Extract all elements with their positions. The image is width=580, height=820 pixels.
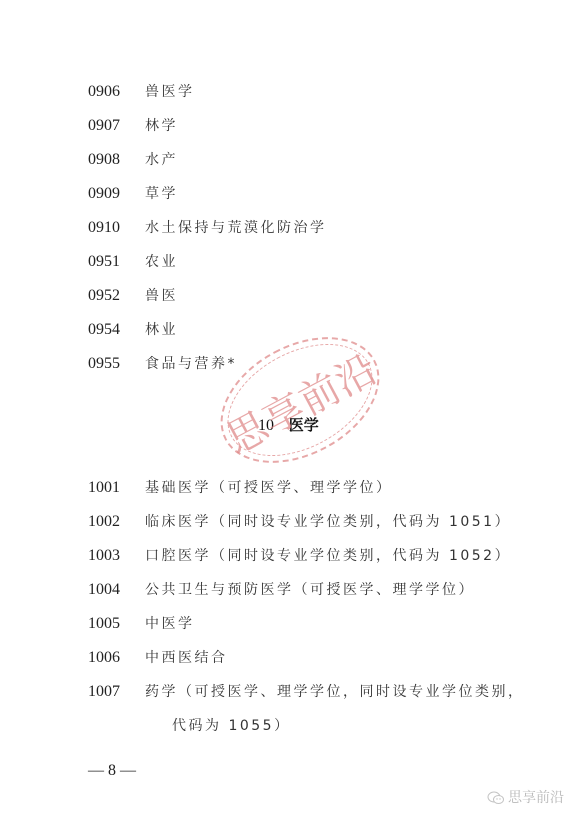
watermark-stamp: 思享前沿 bbox=[199, 312, 401, 489]
discipline-code: 1007 bbox=[88, 681, 120, 703]
discipline-code: 0910 bbox=[88, 217, 120, 239]
discipline-name: 公共卫生与预防医学（可授医学、理学学位） bbox=[145, 579, 475, 601]
discipline-code: 0951 bbox=[88, 251, 120, 273]
discipline-name: 农业 bbox=[145, 251, 178, 273]
discipline-code: 0908 bbox=[88, 149, 120, 171]
discipline-name: 兽医 bbox=[145, 285, 178, 307]
discipline-code: 1006 bbox=[88, 647, 120, 669]
discipline-code: 1003 bbox=[88, 545, 120, 567]
discipline-code: 1004 bbox=[88, 579, 120, 601]
discipline-code: 1005 bbox=[88, 613, 120, 635]
stamp-outer-ring bbox=[199, 312, 401, 489]
stamp-inner-ring bbox=[209, 321, 392, 479]
list-item-continuation: 代码为 1055） bbox=[172, 715, 291, 737]
discipline-name: 水土保持与荒漠化防治学 bbox=[145, 217, 327, 239]
discipline-code: 1001 bbox=[88, 477, 120, 499]
discipline-name: 药学（可授医学、理学学位，同时设专业学位类别， bbox=[145, 681, 525, 703]
section-heading: 10 医学 bbox=[258, 414, 319, 435]
discipline-name: 临床医学（同时设专业学位类别，代码为 1051） bbox=[145, 511, 511, 533]
discipline-name: 兽医学 bbox=[145, 81, 195, 103]
discipline-code: 0952 bbox=[88, 285, 120, 307]
discipline-name: 水产 bbox=[145, 149, 178, 171]
watermark-text: 思享前沿 bbox=[508, 790, 564, 806]
discipline-code: 1002 bbox=[88, 511, 120, 533]
section-title: 医学 bbox=[289, 416, 319, 434]
page-number: — 8 — bbox=[88, 762, 136, 780]
discipline-name: 林业 bbox=[145, 319, 178, 341]
section-number: 10 bbox=[258, 417, 274, 434]
discipline-name: 中医学 bbox=[145, 613, 195, 635]
discipline-name: 中西医结合 bbox=[145, 647, 228, 669]
wechat-watermark: 思享前沿 bbox=[487, 787, 564, 807]
discipline-name: 草学 bbox=[145, 183, 178, 205]
discipline-code: 0909 bbox=[88, 183, 120, 205]
stamp-text: 思享前沿 bbox=[212, 336, 389, 466]
discipline-code: 0955 bbox=[88, 353, 120, 375]
discipline-name: 基础医学（可授医学、理学学位） bbox=[145, 477, 393, 499]
discipline-code: 0906 bbox=[88, 81, 120, 103]
discipline-code: 0954 bbox=[88, 319, 120, 341]
wechat-icon bbox=[487, 791, 505, 805]
discipline-code: 0907 bbox=[88, 115, 120, 137]
discipline-name: 食品与营养* bbox=[145, 353, 237, 375]
discipline-name: 口腔医学（同时设专业学位类别，代码为 1052） bbox=[145, 545, 511, 567]
discipline-name: 林学 bbox=[145, 115, 178, 137]
